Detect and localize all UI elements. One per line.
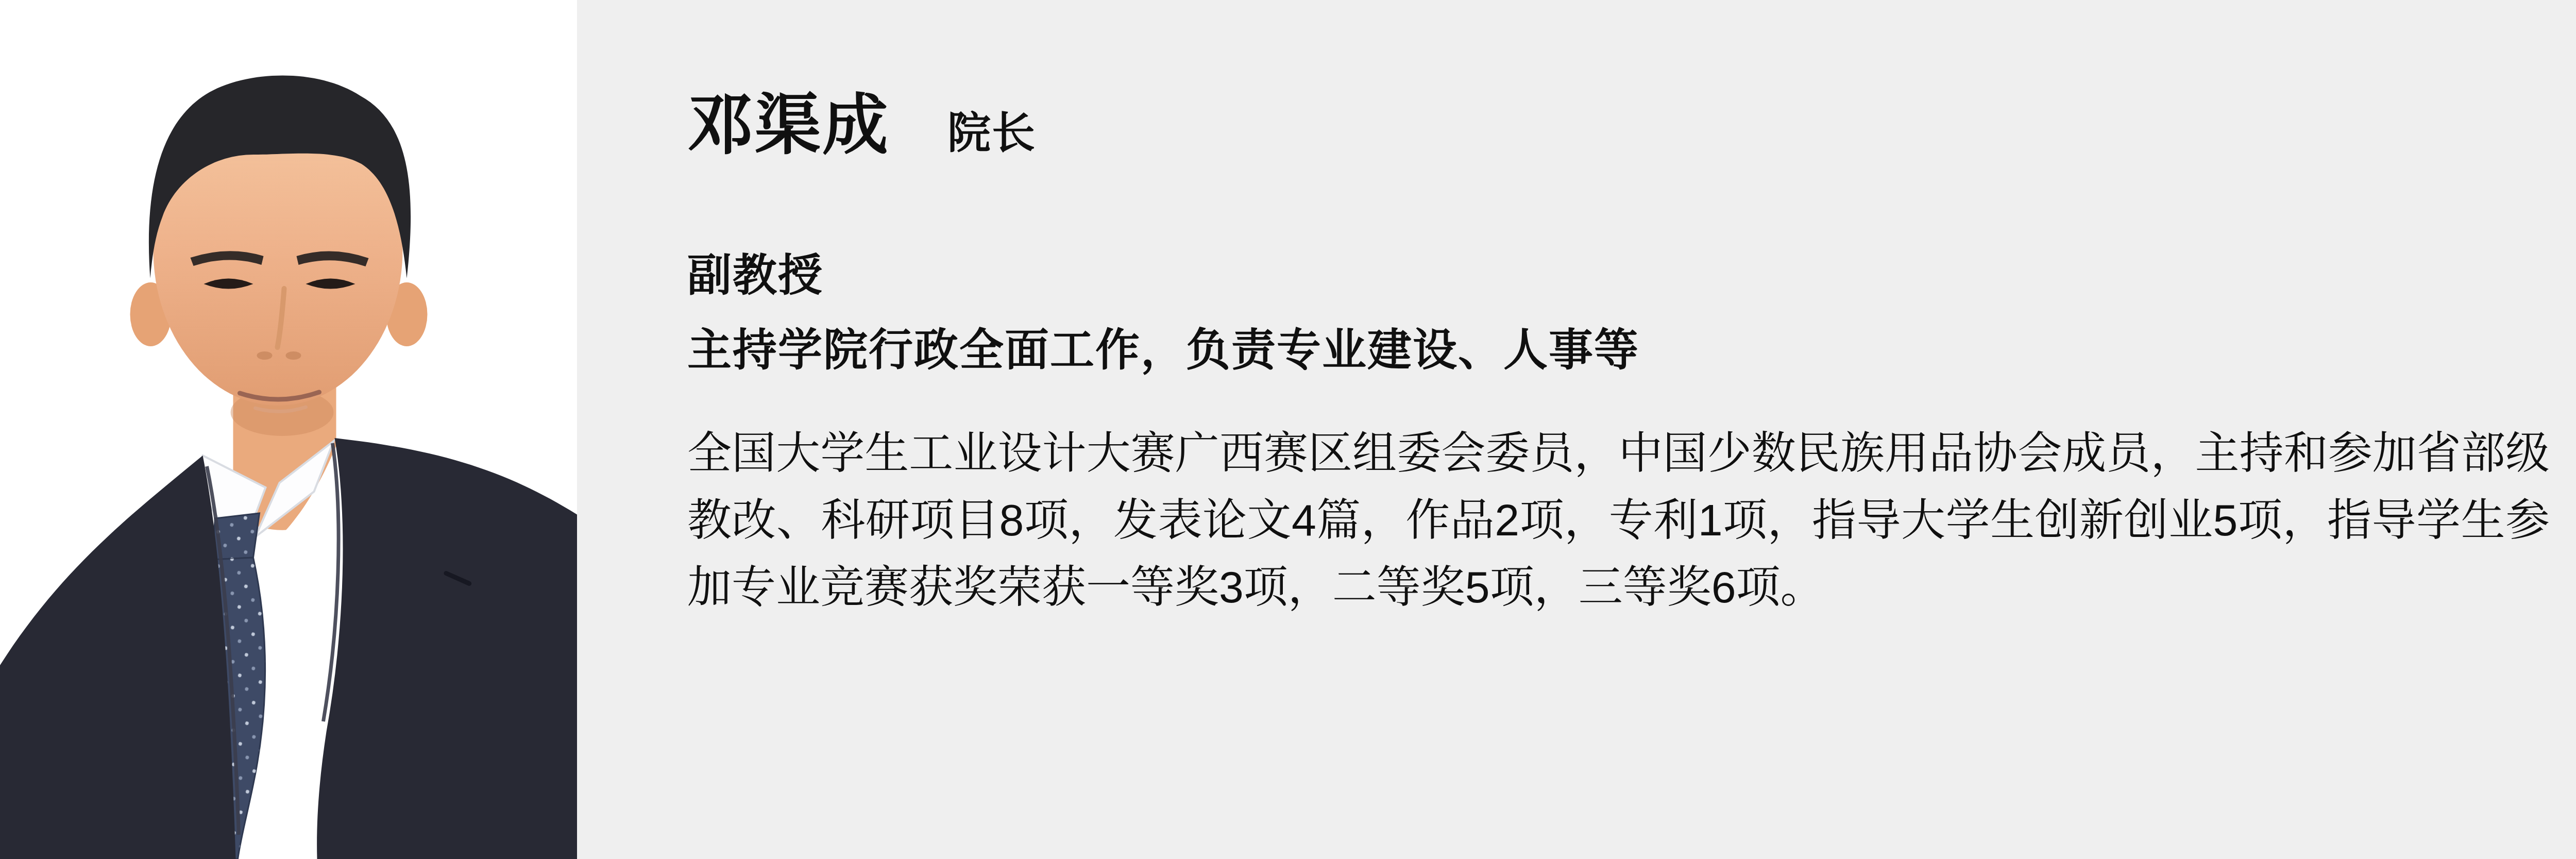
right-nostril	[286, 351, 301, 360]
person-rank: 副教授	[687, 239, 2550, 313]
person-position: 院长	[947, 109, 1036, 157]
name-row: 邓渠成院长	[687, 93, 2550, 159]
person-bio: 全国大学生工业设计大赛广西赛区组委会委员，中国少数民族用品协会成员，主持和参加省…	[687, 420, 2550, 621]
person-duty: 主持学院行政全面工作，负责专业建设、人事等	[687, 313, 2550, 388]
portrait-illustration	[0, 0, 577, 859]
portrait-photo	[0, 0, 577, 859]
left-nostril	[257, 351, 273, 360]
credentials-block: 副教授 主持学院行政全面工作，负责专业建设、人事等	[687, 239, 2550, 388]
person-name: 邓渠成	[687, 89, 890, 162]
faculty-profile-page: 邓渠成院长 副教授 主持学院行政全面工作，负责专业建设、人事等 全国大学生工业设…	[0, 0, 2576, 859]
profile-content: 邓渠成院长 副教授 主持学院行政全面工作，负责专业建设、人事等 全国大学生工业设…	[577, 0, 2576, 859]
